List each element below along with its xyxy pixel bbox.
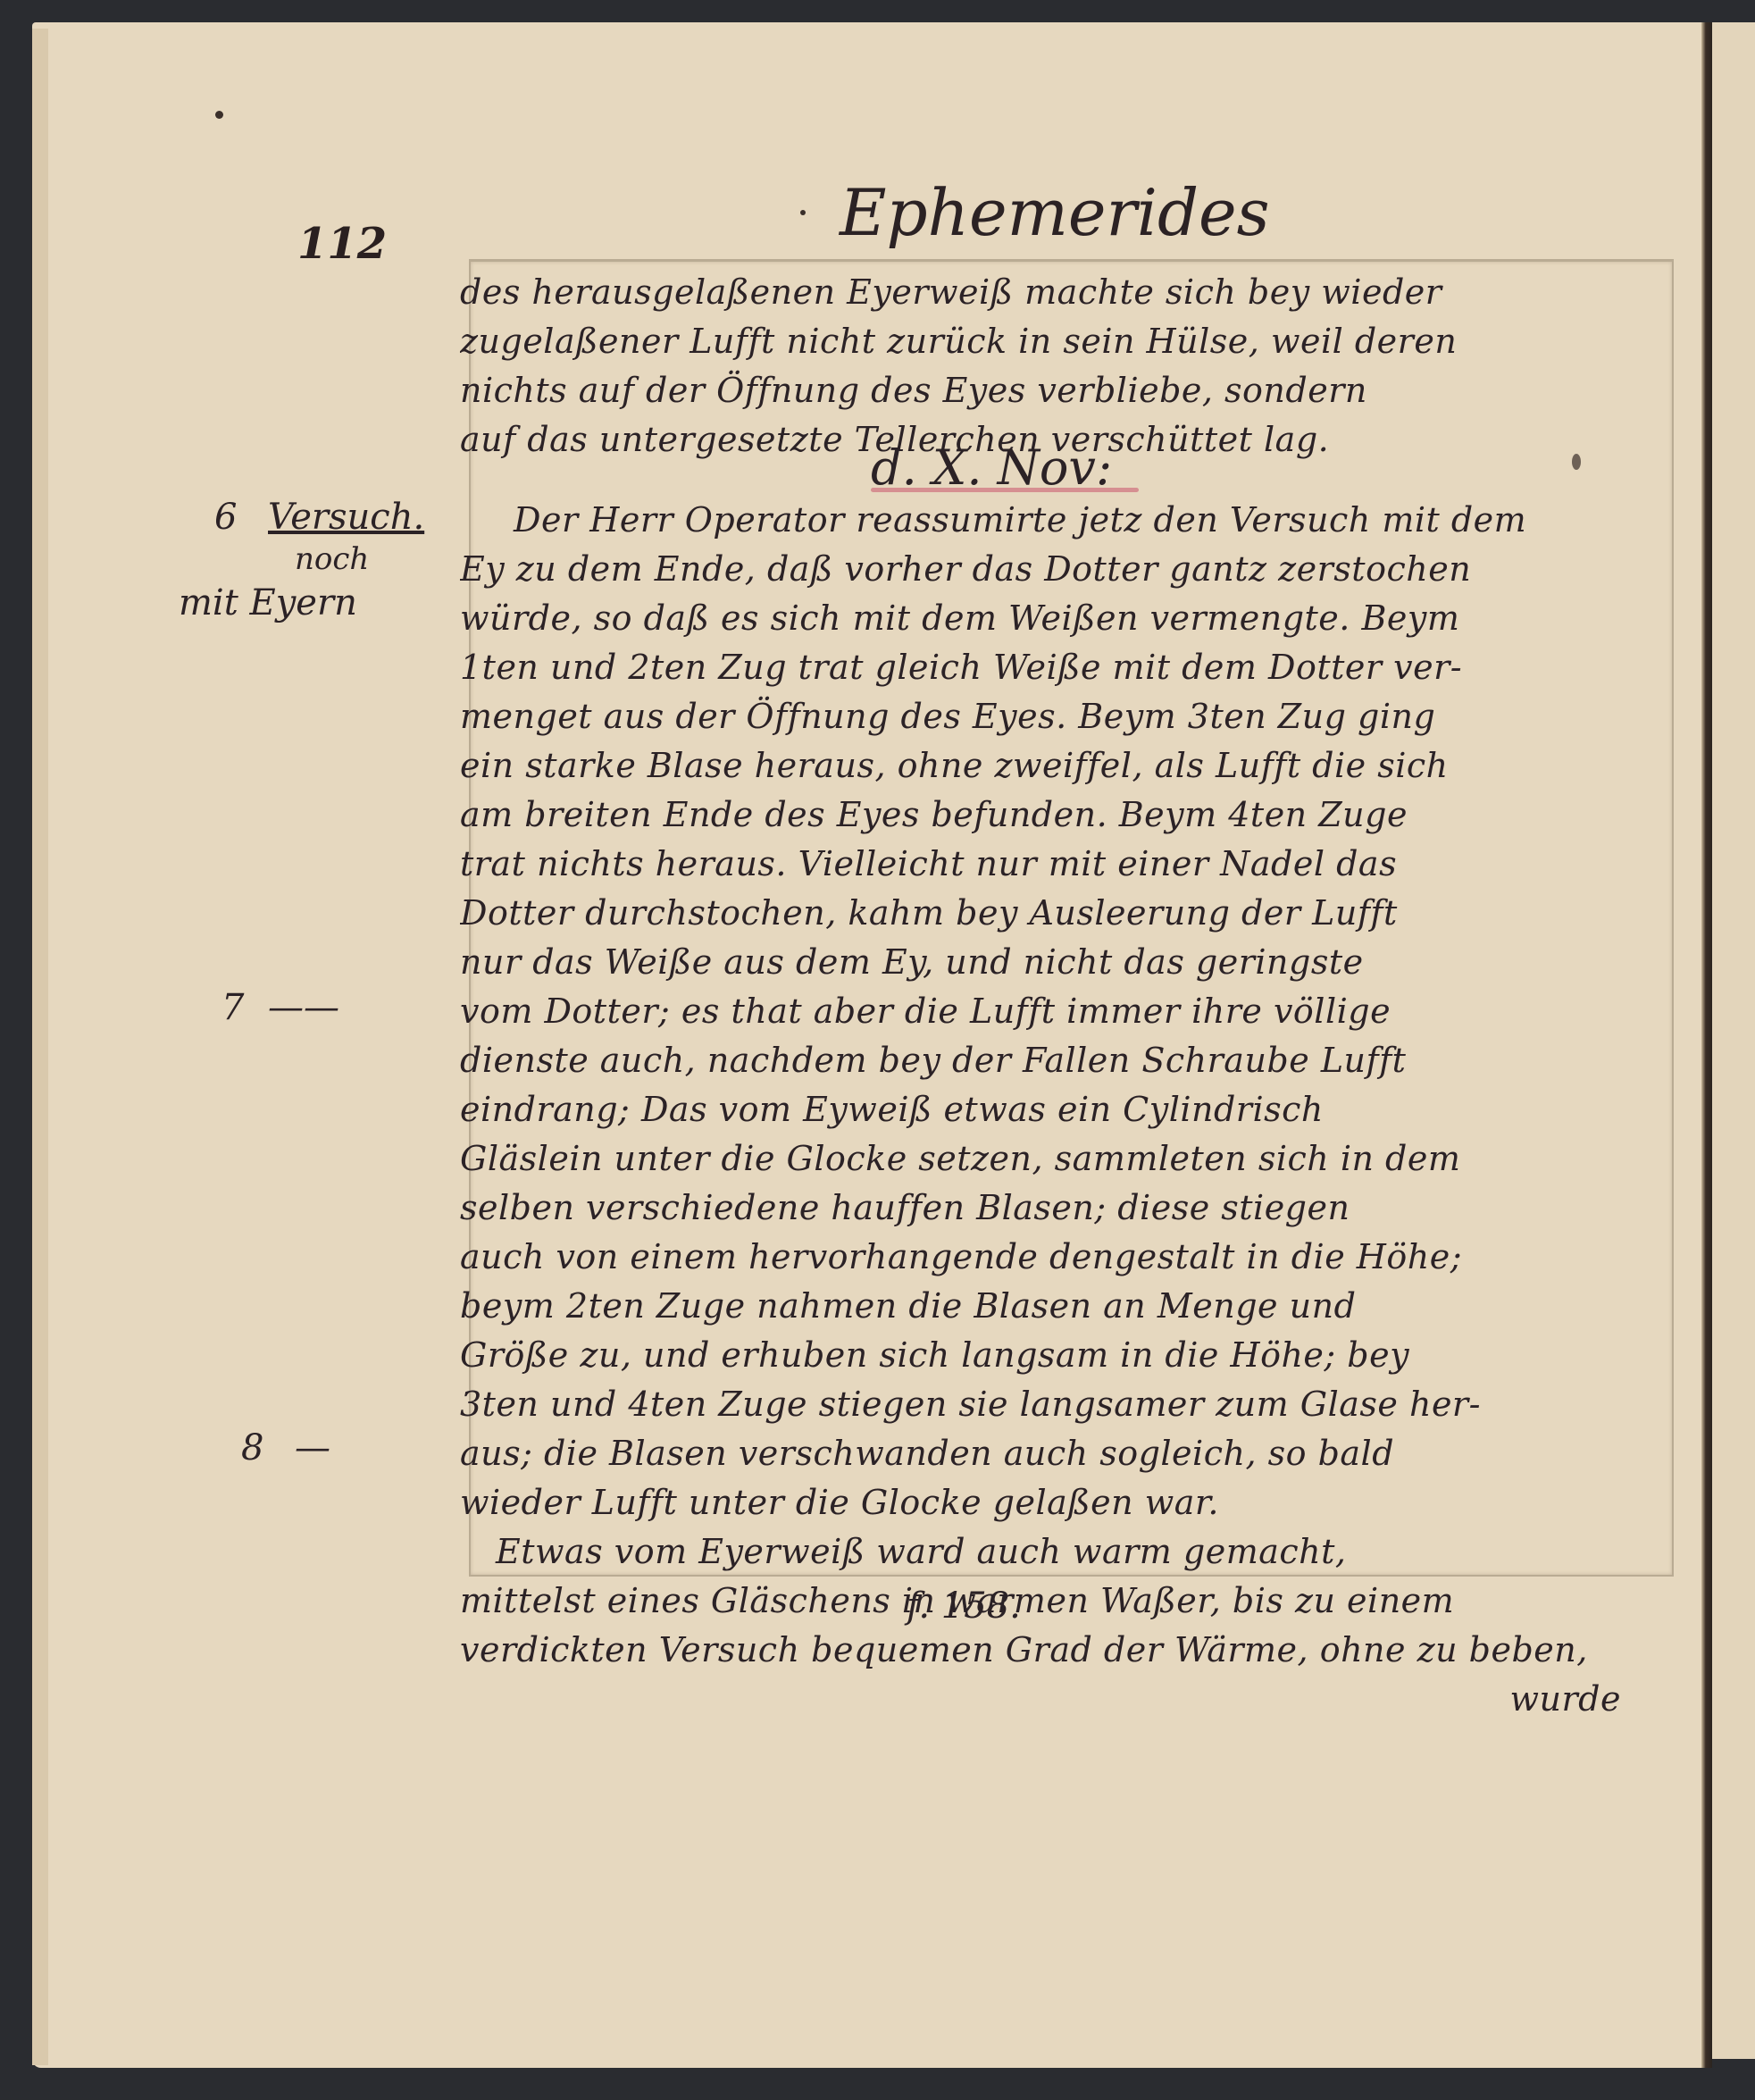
page-edge — [32, 29, 48, 2065]
text-line: menget aus der Öffnung des Eyes. Beym 3t… — [460, 692, 1657, 741]
text-line: verdickten Versuch bequemen Grad der Wär… — [460, 1626, 1657, 1675]
page-signature: f. 158. — [907, 1585, 1021, 1627]
text-line: nur das Weiße aus dem Ey, und nicht das … — [460, 938, 1657, 987]
text-line: 3ten und 4ten Zuge stiegen sie langsamer… — [460, 1380, 1657, 1429]
red-underline — [871, 488, 1139, 492]
text-line: Gläslein unter die Glocke setzen, sammle… — [460, 1134, 1657, 1184]
text-line: dienste auch, nachdem bey der Fallen Sch… — [460, 1036, 1657, 1085]
text-line: Etwas vom Eyerweiß ward auch warm gemach… — [460, 1527, 1657, 1577]
text-line: vom Dotter; es that aber die Lufft immer… — [460, 987, 1657, 1036]
text-line: selben verschiedene hauffen Blasen; dies… — [460, 1184, 1657, 1233]
text-line: trat nichts heraus. Vielleicht nur mit e… — [460, 840, 1657, 889]
text-line: zugelaßener Lufft nicht zurück in sein H… — [460, 317, 1657, 366]
ink-dot — [215, 111, 223, 119]
book-gutter — [1701, 22, 1712, 2068]
facing-page-edge — [1712, 22, 1755, 2059]
text-line: eindrang; Das vom Eyweiß etwas ein Cylin… — [460, 1085, 1657, 1134]
margin-number-6: 6 — [214, 497, 237, 538]
text-line: des herausgelaßenen Eyerweiß machte sich… — [460, 268, 1657, 317]
text-line: beym 2ten Zuge nahmen die Blasen an Meng… — [460, 1282, 1657, 1331]
margin-number-7: 7 — [221, 987, 244, 1028]
text-line: nichts auf der Öffnung des Eyes verblieb… — [460, 366, 1657, 415]
text-line: mittelst eines Gläschens in warmen Waßer… — [460, 1577, 1657, 1626]
text-line: 1ten und 2ten Zug trat gleich Weiße mit … — [460, 643, 1657, 692]
text-line: Dotter durchstochen, kahm bey Ausleerung… — [460, 889, 1657, 938]
ink-smudge — [1572, 454, 1581, 470]
text-line: Größe zu, und erhuben sich langsam in di… — [460, 1331, 1657, 1380]
text-line: würde, so daß es sich mit dem Weißen ver… — [460, 594, 1657, 643]
body-text-top: des herausgelaßenen Eyerweiß machte sich… — [460, 268, 1657, 464]
margin-number-8: 8 — [241, 1427, 263, 1468]
catchword: wurde — [460, 1675, 1657, 1724]
margin-dash: —— — [268, 987, 339, 1028]
margin-dash: — — [295, 1427, 330, 1468]
margin-note-versuch: Versuch. — [268, 497, 424, 538]
folio-number: 112 — [297, 219, 387, 269]
title-dot — [800, 210, 806, 215]
text-line: aus; die Blasen verschwanden auch soglei… — [460, 1429, 1657, 1478]
body-text-main: Der Herr Operator reassumirte jetz den V… — [460, 496, 1657, 1724]
text-line: ein starke Blase heraus, ohne zweiffel, … — [460, 741, 1657, 791]
text-line: Ey zu dem Ende, daß vorher das Dotter ga… — [460, 545, 1657, 594]
text-line: am breiten Ende des Eyes befunden. Beym … — [460, 791, 1657, 840]
text-line: auch von einem hervorhangende dengestalt… — [460, 1233, 1657, 1282]
text-line: Der Herr Operator reassumirte jetz den V… — [460, 496, 1657, 545]
page-title: Ephemerides — [840, 175, 1270, 250]
text-line: wieder Lufft unter die Glocke gelaßen wa… — [460, 1478, 1657, 1527]
margin-note-mit-eyern: mit Eyern — [179, 582, 357, 623]
margin-note-noch: noch — [295, 541, 369, 577]
